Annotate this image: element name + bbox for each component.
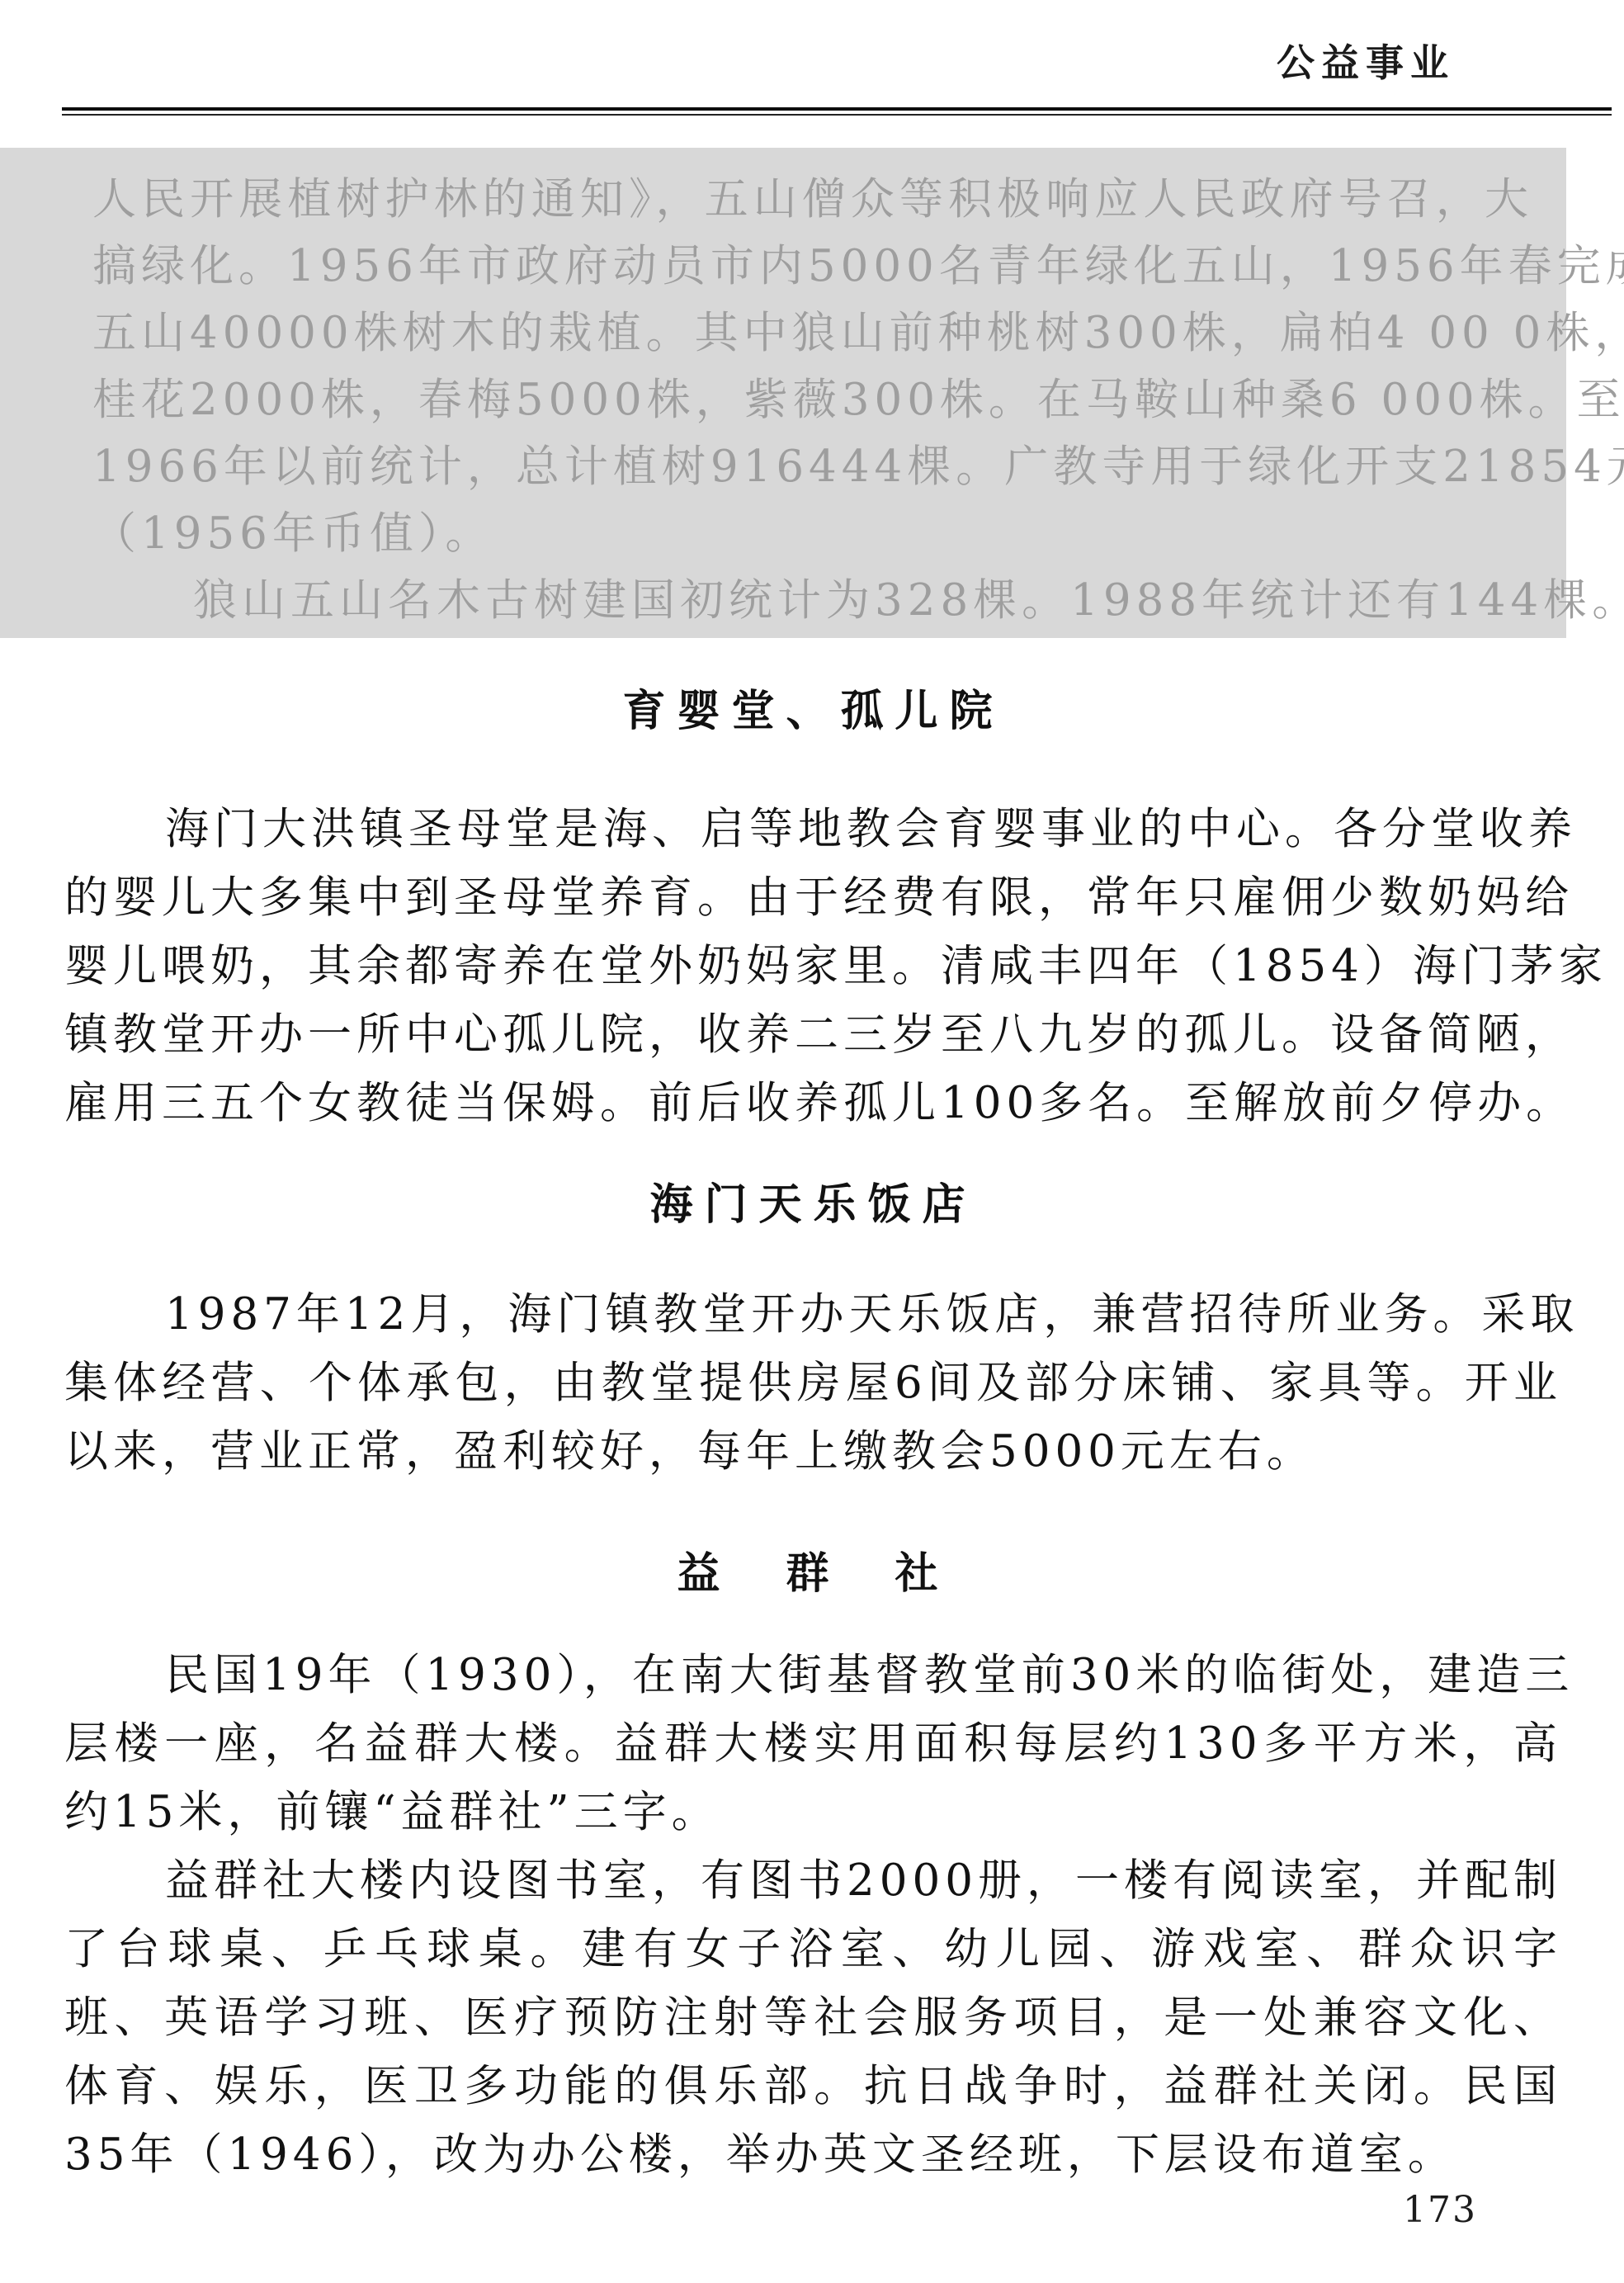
section-heading-orphanage: 育婴堂、孤儿院 <box>64 677 1562 745</box>
paragraph-orphanage: 海门大洪镇圣母堂是海、启等地教会育婴事业的中心。各分堂收养 的婴儿大多集中到圣母… <box>64 795 1562 1137</box>
main-text-column: 育婴堂、孤儿院 海门大洪镇圣母堂是海、启等地教会育婴事业的中心。各分堂收养 的婴… <box>64 660 1562 2189</box>
text-line: 1987年12月，海门镇教堂开办天乐饭店，兼营招待所业务。采取 <box>64 1280 1562 1349</box>
paragraph-yiqunshe-2: 益群社大楼内设图书室，有图书2000册，一楼有阅读室，并配制 了台球桌、乒乓球桌… <box>64 1846 1562 2189</box>
text-line: 1966年以前统计，总计植树916444棵。广教寺用于绿化开支21854元 <box>92 433 1533 500</box>
text-line: 益群社大楼内设图书室，有图书2000册，一楼有阅读室，并配制 <box>64 1846 1562 1915</box>
text-line: 人民开展植树护林的通知》，五山僧众等积极响应人民政府号召，大 <box>92 166 1533 233</box>
section-heading-yiqunshe: 益 群 社 <box>64 1539 1562 1608</box>
text-line: 了台球桌、乒乓球桌。建有女子浴室、幼儿园、游戏室、群众识字 <box>64 1915 1562 1983</box>
text-line: 班、英语学习班、医疗预防注射等社会服务项目，是一处兼容文化、 <box>64 1983 1562 2052</box>
text-line: 桂花2000株，春梅5000株，紫薇300株。在马鞍山种桑6 000株。至 <box>92 366 1533 433</box>
header-rule <box>62 107 1612 116</box>
text-line: 35年（1946），改为办公楼，举办英文圣经班，下层设布道室。 <box>64 2120 1562 2189</box>
text-line: 雇用三五个女教徒当保姆。前后收养孤儿100多名。至解放前夕停办。 <box>64 1069 1562 1137</box>
page-number: 173 <box>1403 2189 1477 2231</box>
text-line: 婴儿喂奶，其余都寄养在堂外奶妈家里。清咸丰四年（1854）海门茅家 <box>64 932 1562 1000</box>
running-header-title: 公益事业 <box>1277 33 1455 87</box>
text-line: 镇教堂开办一所中心孤儿院，收养二三岁至八九岁的孤儿。设备简陋， <box>64 1000 1562 1069</box>
text-line: 民国19年（1930），在南大街基督教堂前30米的临街处，建造三 <box>64 1641 1562 1709</box>
text-line: 层楼一座，名益群大楼。益群大楼实用面积每层约130多平方米，高 <box>64 1709 1562 1778</box>
text-line: 体育、娱乐，医卫多功能的俱乐部。抗日战争时，益群社关闭。民国 <box>64 2052 1562 2120</box>
paragraph-restaurant: 1987年12月，海门镇教堂开办天乐饭店，兼营招待所业务。采取 集体经营、个体承… <box>64 1280 1562 1486</box>
text-line: 狼山五山名木古树建国初统计为328棵。1988年统计还有144棵。 <box>92 567 1533 634</box>
scanned-book-page: 公益事业 人民开展植树护林的通知》，五山僧众等积极响应人民政府号召，大 搞绿化。… <box>0 0 1624 2283</box>
paragraph-yiqunshe-1: 民国19年（1930），在南大街基督教堂前30米的临街处，建造三 层楼一座，名益… <box>64 1641 1562 1846</box>
highlighted-scan-block: 人民开展植树护林的通知》，五山僧众等积极响应人民政府号召，大 搞绿化。1956年… <box>0 148 1566 638</box>
text-line: 搞绿化。1956年市政府动员市内5000名青年绿化五山，1956年春完成 <box>92 233 1533 300</box>
section-heading-restaurant: 海门天乐饭店 <box>64 1170 1562 1239</box>
text-line: 的婴儿大多集中到圣母堂养育。由于经费有限，常年只雇佣少数奶妈给 <box>64 863 1562 932</box>
text-line: 以来，营业正常，盈利较好，每年上缴教会5000元左右。 <box>64 1417 1562 1486</box>
text-line: 约15米，前镶“益群社”三字。 <box>64 1778 1562 1846</box>
text-line: 集体经营、个体承包，由教堂提供房屋6间及部分床铺、家具等。开业 <box>64 1349 1562 1417</box>
text-line: 海门大洪镇圣母堂是海、启等地教会育婴事业的中心。各分堂收养 <box>64 795 1562 863</box>
text-line: 五山40000株树木的栽植。其中狼山前种桃树300株，扁柏4 00 0株， <box>92 300 1533 366</box>
text-line: （1956年币值）。 <box>92 500 1533 567</box>
